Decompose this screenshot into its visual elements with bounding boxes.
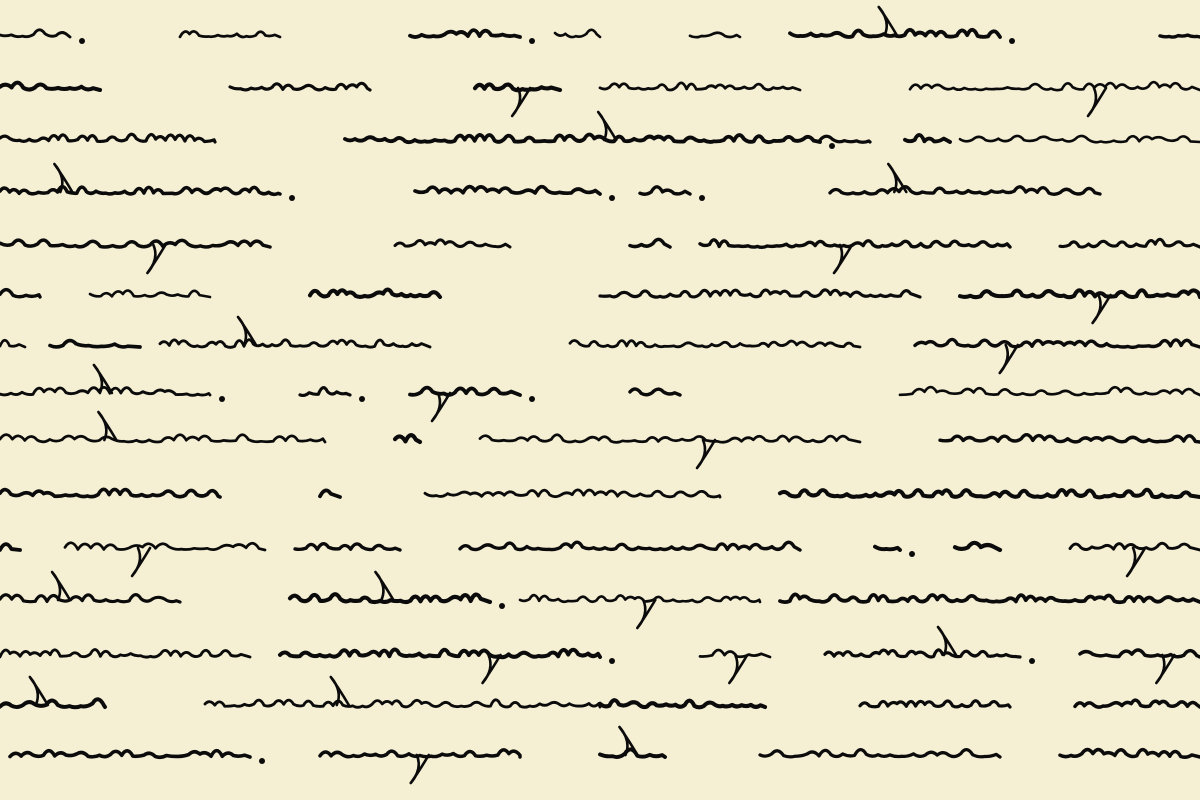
- handwritten-word: [295, 544, 400, 550]
- handwritten-word: [0, 489, 220, 497]
- handwriting-line: [0, 627, 1200, 683]
- descender-stroke: [1000, 345, 1018, 373]
- handwritten-word: [630, 389, 680, 395]
- handwritten-word: [600, 700, 765, 707]
- handwritten-word: [960, 136, 1200, 142]
- punctuation-dot: [499, 603, 505, 609]
- punctuation-dot: [1029, 658, 1035, 664]
- punctuation-dot: [699, 195, 705, 201]
- descender-stroke: [132, 548, 150, 576]
- handwritten-word: [760, 750, 1000, 757]
- handwritten-word: [0, 187, 280, 195]
- handwritten-word: [410, 388, 520, 395]
- punctuation-dot: [1009, 38, 1015, 44]
- handwritten-word: [0, 387, 210, 395]
- descender-stroke: [1156, 655, 1174, 683]
- handwriting-line: [0, 239, 1200, 273]
- handwritten-word: [700, 240, 1010, 247]
- handwritten-word: [1060, 239, 1200, 247]
- handwriting-strokes: [0, 0, 1200, 800]
- handwriting-line: [0, 164, 1100, 201]
- handwritten-word: [875, 547, 900, 550]
- punctuation-dot: [529, 396, 535, 402]
- descender-stroke: [697, 440, 715, 468]
- descender-stroke: [1088, 88, 1106, 116]
- punctuation-dot: [609, 195, 615, 201]
- handwritten-page: Illegible cursive handwriting texture (a…: [0, 0, 1200, 800]
- handwritten-word: [825, 650, 1020, 657]
- handwritten-word: [1075, 700, 1200, 707]
- handwriting-line: [0, 317, 1200, 373]
- handwritten-word: [160, 340, 430, 348]
- handwritten-word: [860, 701, 1010, 707]
- handwritten-word: [410, 30, 520, 37]
- handwriting-line: [0, 572, 1200, 628]
- punctuation-dot: [79, 38, 85, 44]
- descender-stroke: [637, 600, 655, 628]
- handwritten-word: [600, 290, 920, 297]
- punctuation-dot: [609, 658, 615, 664]
- handwritten-word: [915, 339, 1200, 347]
- handwritten-word: [955, 543, 1000, 550]
- handwritten-word: [690, 33, 740, 38]
- handwritten-word: [630, 239, 670, 247]
- descender-stroke: [1093, 295, 1111, 323]
- handwriting-line: [10, 727, 1200, 783]
- handwritten-word: [0, 340, 25, 347]
- handwritten-word: [600, 83, 800, 90]
- handwritten-word: [345, 134, 820, 142]
- descender-stroke: [411, 755, 429, 783]
- handwritten-word: [780, 594, 1200, 602]
- handwriting-line: [0, 542, 1200, 576]
- handwritten-word: [820, 136, 870, 142]
- handwriting-line: [0, 112, 1200, 149]
- handwriting-line: [0, 82, 1200, 116]
- handwritten-word: [230, 83, 370, 90]
- handwritten-word: [520, 595, 760, 602]
- descender-stroke: [482, 655, 500, 683]
- handwritten-word: [640, 187, 690, 194]
- handwritten-word: [90, 291, 210, 297]
- handwriting-line: [0, 412, 1200, 468]
- ascender-stroke: [879, 7, 897, 35]
- handwritten-word: [1080, 650, 1200, 657]
- handwritten-word: [0, 595, 180, 602]
- handwritten-word: [940, 435, 1200, 442]
- handwritten-word: [910, 82, 1200, 90]
- handwritten-word: [395, 240, 510, 247]
- handwritten-word: [415, 187, 600, 194]
- handwritten-word: [425, 490, 720, 497]
- punctuation-dot: [219, 396, 225, 402]
- handwritten-word: [0, 30, 70, 37]
- descender-stroke: [432, 393, 450, 421]
- descender-stroke: [729, 655, 747, 683]
- handwritten-word: [555, 30, 600, 37]
- handwritten-word: [0, 435, 325, 442]
- handwritten-word: [780, 490, 1200, 498]
- handwritten-word: [10, 751, 250, 758]
- handwritten-word: [570, 341, 860, 347]
- handwritten-word: [180, 31, 280, 37]
- handwriting-line: [0, 7, 1200, 44]
- handwritten-word: [460, 542, 800, 550]
- handwriting-line: [0, 489, 1200, 504]
- handwritten-word: [310, 290, 440, 297]
- handwritten-word: [480, 435, 860, 443]
- handwritten-word: [960, 290, 1200, 297]
- handwritten-word: [320, 490, 340, 497]
- punctuation-dot: [289, 195, 295, 201]
- handwritten-word: [1160, 35, 1200, 37]
- descender-stroke: [834, 245, 852, 273]
- handwritten-word: [65, 543, 265, 550]
- punctuation-dot: [829, 143, 835, 149]
- descender-stroke: [512, 88, 530, 116]
- ascender-stroke: [375, 572, 393, 600]
- handwritten-word: [50, 341, 140, 347]
- punctuation-dot: [259, 758, 265, 764]
- handwritten-word: [1060, 750, 1200, 758]
- handwritten-word: [600, 749, 665, 757]
- handwritten-word: [0, 699, 105, 707]
- handwriting-line: [0, 290, 1200, 323]
- handwriting-line: [0, 677, 1200, 714]
- handwritten-word: [280, 649, 600, 657]
- handwritten-word: [1070, 543, 1200, 550]
- punctuation-dot: [909, 551, 915, 557]
- handwritten-word: [205, 700, 600, 708]
- handwritten-word: [900, 387, 1200, 395]
- handwriting-line: [0, 365, 1200, 421]
- handwritten-word: [0, 544, 20, 550]
- handwritten-word: [0, 83, 100, 90]
- handwritten-word: [0, 240, 270, 247]
- descender-stroke: [147, 245, 165, 273]
- handwritten-word: [0, 650, 250, 658]
- handwritten-word: [0, 290, 40, 297]
- handwritten-word: [905, 135, 950, 142]
- punctuation-dot: [359, 396, 365, 402]
- handwritten-word: [830, 187, 1100, 195]
- handwritten-word: [300, 388, 350, 396]
- handwritten-word: [395, 435, 420, 442]
- handwritten-word: [0, 134, 215, 142]
- descender-stroke: [1127, 548, 1145, 576]
- punctuation-dot: [529, 38, 535, 44]
- handwritten-word: [320, 750, 520, 757]
